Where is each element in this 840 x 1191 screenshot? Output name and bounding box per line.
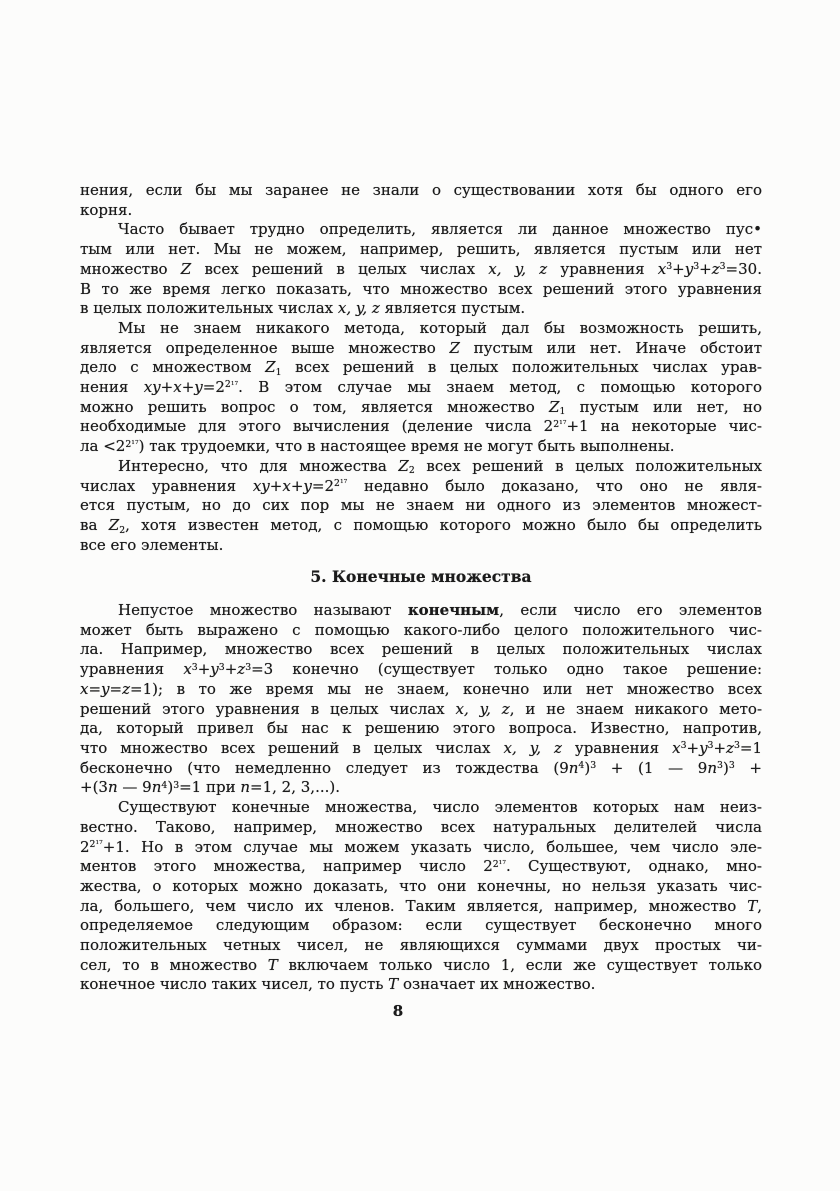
text-column: нения, если бы мы заранее не знали о сущ… <box>80 181 762 1022</box>
paragraph: Мы не знаем никакого метода, который дал… <box>80 319 762 457</box>
text-line: Интересно, что для множества Z2 всех реш… <box>80 457 762 477</box>
paragraph: Существуют конечные множества, число эле… <box>80 798 762 995</box>
text-line: числах уравнения xy+x+y=2217 недавно был… <box>80 477 762 497</box>
text-line: множество Z всех решений в целых числах … <box>80 260 762 280</box>
text-line: Существуют конечные множества, число эле… <box>80 798 762 818</box>
paragraph: Непустое множество называют конечным, ес… <box>80 601 762 798</box>
text-line: дело с множеством Z1 всех решений в целы… <box>80 358 762 378</box>
text-line: Непустое множество называют конечным, ес… <box>80 601 762 621</box>
page-background: нения, если бы мы заранее не знали о сущ… <box>0 0 840 1191</box>
text-line: Мы не знаем никакого метода, который дал… <box>80 319 762 339</box>
text-line: необходимые для этого вычисления (делени… <box>80 417 762 437</box>
text-line: все его элементы. <box>80 536 762 556</box>
text-line: В то же время легко показать, что множес… <box>80 280 762 300</box>
paragraph: Интересно, что для множества Z2 всех реш… <box>80 457 762 556</box>
text-line: жества, о которых можно доказать, что он… <box>80 877 762 897</box>
text-line: может быть выражено с помощью какого-либ… <box>80 621 762 641</box>
text-line: конечное число таких чисел, то пусть T о… <box>80 975 762 995</box>
text-line: положительных четных чисел, не являющихс… <box>80 936 762 956</box>
text-line: ла. Например, множество всех решений в ц… <box>80 640 762 660</box>
text-line: вестно. Таково, например, множество всех… <box>80 818 762 838</box>
text-line: уравнения x3+y3+z3=3 конечно (существует… <box>80 660 762 680</box>
text-line: ментов этого множества, например число 2… <box>80 857 762 877</box>
text-line: сел, то в множество T включаем только чи… <box>80 956 762 976</box>
paragraph: нения, если бы мы заранее не знали о сущ… <box>80 181 762 220</box>
text-line: Часто бывает трудно определить, является… <box>80 220 762 240</box>
text-line: тым или нет. Мы не можем, например, реши… <box>80 240 762 260</box>
text-line: определяемое следующим образом: если сущ… <box>80 916 762 936</box>
text-line: является определенное выше множество Z п… <box>80 339 762 359</box>
text-flow: нения, если бы мы заранее не знали о сущ… <box>80 181 762 995</box>
scanned-book-page: { "colors": { "page_background": "#fcfcf… <box>0 0 840 1191</box>
text-line: можно решить вопрос о том, является множ… <box>80 398 762 418</box>
text-line: +(3n — 9n4)3=1 при n=1, 2, 3,...). <box>80 778 762 798</box>
page-number: 8 <box>57 1002 739 1022</box>
paragraph: Часто бывает трудно определить, является… <box>80 220 762 319</box>
text-line: корня. <box>80 201 762 221</box>
text-line: решений этого уравнения в целых числах x… <box>80 700 762 720</box>
text-line: бесконечно (что немедленно следует из то… <box>80 759 762 779</box>
text-line: ла <2217) так трудоемки, что в настоящее… <box>80 437 762 457</box>
text-line: 2217+1. Но в этом случае мы можем указат… <box>80 838 762 858</box>
text-line: ла, большего, чем число их членов. Таким… <box>80 897 762 917</box>
text-line: в целых положительных числах x, y, z явл… <box>80 299 762 319</box>
text-line: x=y=z=1); в то же время мы не знаем, кон… <box>80 680 762 700</box>
text-line: ется пустым, но до сих пор мы не знаем н… <box>80 496 762 516</box>
text-line: нения xy+x+y=2217. В этом случае мы знае… <box>80 378 762 398</box>
text-line: ва Z2, хотя известен метод, с помощью ко… <box>80 516 762 536</box>
text-line: нения, если бы мы заранее не знали о сущ… <box>80 181 762 201</box>
text-line: что множество всех решений в целых числа… <box>80 739 762 759</box>
text-line: да, который привел бы нас к решению этог… <box>80 719 762 739</box>
section-heading: 5. Конечные множества <box>80 567 762 587</box>
